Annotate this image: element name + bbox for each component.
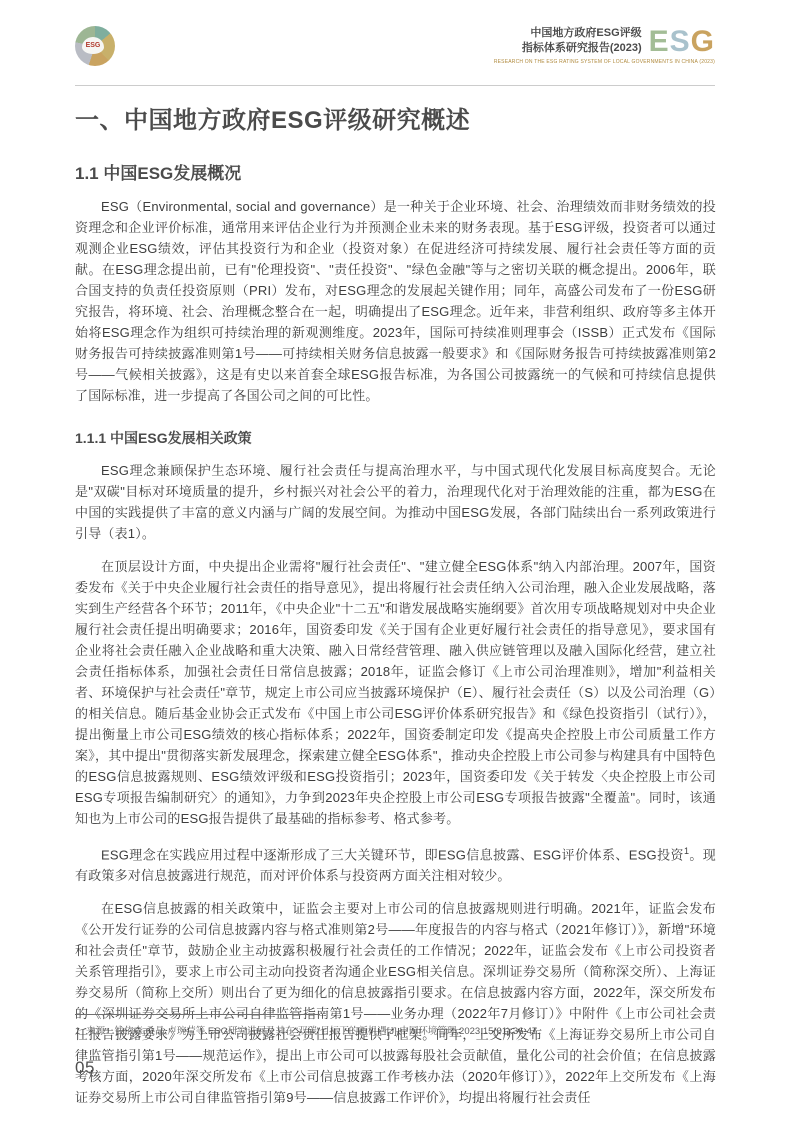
subsubsection-title: 1.1.1 中国ESG发展相关政策 [75,428,716,448]
paragraph-4: ESG理念在实践应用过程中逐渐形成了三大关键环节，即ESG信息披露、ESG评价体… [75,841,716,886]
page-header: ESG 中国地方政府ESG评级 指标体系研究报告(2023) ESG RESEA… [75,26,715,86]
logo-text: ESG [86,42,101,49]
report-title-line1: 中国地方政府ESG评级 [522,26,642,41]
report-page: ESG 中国地方政府ESG评级 指标体系研究报告(2023) ESG RESEA… [0,0,789,1121]
esg-letter-e: E [649,25,670,58]
logo-swirl: ESG [82,37,104,54]
esg-wordmark: ESG [649,28,715,55]
subsection-title: 1.1 中国ESG发展概况 [75,159,716,184]
esg-letter-g: G [691,25,715,58]
paragraph-1: ESG（Environmental, social and governance… [75,196,716,406]
footnote-block: 1 来源：钱依森,桑晶,卢琬莹等.ESG研究进展及其在"双碳"目标下的新机遇[J… [75,1014,716,1037]
paragraph-4-text: ESG理念在实践应用过程中逐渐形成了三大关键环节，即ESG信息披露、ESG评价体… [101,847,684,862]
page-number: 05 [75,1058,95,1078]
section-title: 一、中国地方政府ESG评级研究概述 [75,100,716,135]
paragraph-5: 在ESG信息披露的相关政策中，证监会主要对上市公司的信息披露规则进行明确。202… [75,898,716,1108]
report-subtitle-en: RESEARCH ON THE ESG RATING SYSTEM OF LOC… [494,59,715,65]
footnote-divider [75,1014,320,1015]
esg-letter-s: S [670,25,691,58]
document-body: 一、中国地方政府ESG评级研究概述 1.1 中国ESG发展概况 ESG（Envi… [75,100,716,1108]
footnote-text: 来源：钱依森,桑晶,卢琬莹等.ESG研究进展及其在"双碳"目标下的新机遇[J].… [86,1023,540,1037]
report-title-line2: 指标体系研究报告(2023) [522,41,642,56]
paragraph-2: ESG理念兼顾保护生态环境、履行社会责任与提高治理水平，与中国式现代化发展目标高… [75,460,716,544]
paragraph-3: 在顶层设计方面，中央提出企业需将"履行社会责任"、"建立健全ESG体系"纳入内部… [75,556,716,829]
footnote-marker: 1 [75,1026,80,1036]
report-title-cn: 中国地方政府ESG评级 指标体系研究报告(2023) [522,26,642,57]
header-title-block: 中国地方政府ESG评级 指标体系研究报告(2023) ESG RESEARCH … [494,26,715,65]
esg-globe-logo-icon: ESG [75,26,115,66]
